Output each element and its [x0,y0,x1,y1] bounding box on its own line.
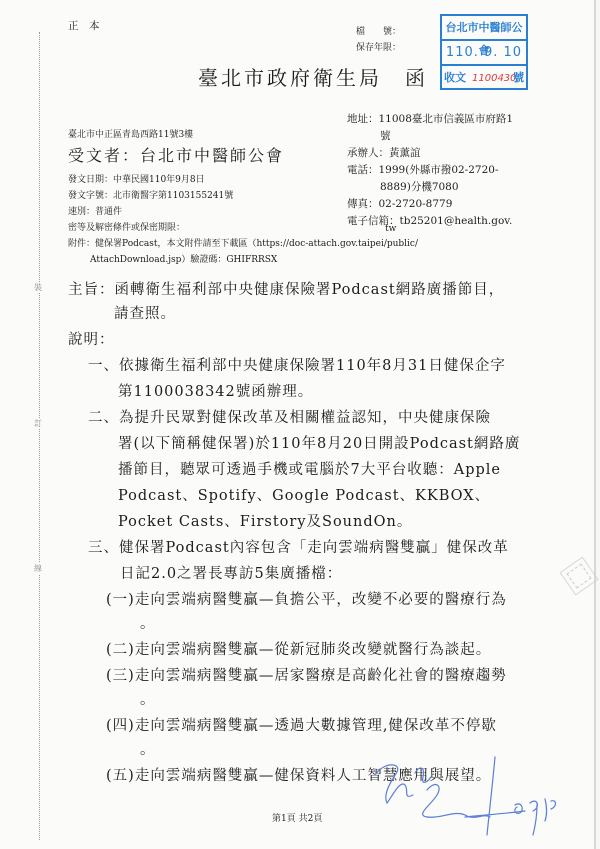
episode-4-period: 。 [140,738,156,759]
phone-cont: 8889)分機7080 [380,179,459,194]
item2-line2: 署(以下簡稱健保署)於110年8月20日開設Podcast網路廣 [118,432,520,453]
item1-line1: 一、依據衛生福利部中央健康保險署110年8月31日健保企字 [88,354,506,375]
fax: 傳真：02-2720-8779 [347,196,452,211]
email: 電子信箱：tb25201@health.gov. [347,213,512,228]
page-info: 第1頁 共2頁 [272,811,322,824]
stamp-org: 台北市中醫師公會 [442,16,526,39]
file-no-label: 檔 號： [356,24,401,37]
episode-3-period: 。 [140,688,156,709]
episode-1: (一)走向雲端病醫雙贏—負擔公平，改變不必要的醫療行為 [106,588,507,609]
urgency: 速別：普通件 [68,204,122,217]
item1-line2: 第1100038342號函辦理。 [118,380,313,401]
episode-4: (四)走向雲端病醫雙贏—透過大數據管理,健保改革不停歇 [106,714,497,735]
office-address: 地址：11008臺北市信義區市府路1 [347,111,513,126]
binding-mark-xian: 線 [34,563,42,574]
stamp-number-row: 收文 1100430 號 [442,64,526,89]
issue-number: 發文字號：北市衛醫字第1103155241號 [68,188,233,201]
stamp-received-number: 1100430 [472,67,517,90]
faint-seal-mark [560,557,599,596]
subject-line2: 請查照。 [114,302,176,323]
binding-mark-ding: 訂 [34,418,42,429]
receipt-stamp: 台北市中醫師公會 110. 9. 10 收文 1100430 號 [440,14,528,90]
stamp-date: 110. 9. 10 [442,39,526,64]
stamp-received-label: 收文 [444,71,466,84]
item2-line4: Podcast、Spotify、Google Podcast、KKBOX、 [118,484,490,505]
document-title: 臺北市政府衛生局 函 [198,62,428,91]
binding-line [39,32,40,840]
item2-line1: 二、為提升民眾對健保改革及相關權益認知，中央健康保險 [88,406,491,427]
email-cont: tw [385,224,396,234]
sender-address: 臺北市中正區青島西路11號3樓 [68,127,193,140]
office-address-cont: 號 [380,128,391,143]
copy-label: 正 本 [68,18,100,33]
receiver: 受文者：台北市中醫師公會 [68,143,284,166]
episode-2: (二)走向雲端病醫雙贏—從新冠肺炎改變就醫行為談起。 [106,638,491,659]
item2-line5: Pocket Casts、Firstory及SoundOn。 [118,510,412,531]
episode-3: (三)走向雲端病醫雙贏—居家醫療是高齡化社會的醫療趨勢 [106,664,507,685]
binding-mark-zhuang: 裝 [34,282,42,293]
confidentiality: 密等及解密條件或保密期限： [68,220,185,233]
stamp-number-suffix: 號 [513,66,524,89]
explanation-label: 說明： [68,328,115,349]
handwritten-signature-icon [365,755,575,845]
retention-label: 保存年限： [356,40,401,53]
item2-line3: 播節目，聽眾可透過手機或電腦於7大平台收聽：Apple [118,458,501,479]
item3-line1: 三、健保署Podcast內容包含「走向雲端病醫雙贏」健保改革 [88,536,509,557]
item3-line2: 日記2.0之署長專訪5集廣播檔： [120,562,342,583]
attachment-line2: AttachDownload.jsp）驗證碼：GHIFRRSX [90,252,277,265]
document-page: 裝 訂 線 正 本 檔 號： 保存年限： 臺北市政府衛生局 函 台北市中醫師公會… [0,0,596,849]
contact-person: 承辦人：黃薰誼 [347,145,421,160]
subject-line1: 主旨：函轉衛生福利部中央健康保險署Podcast網路廣播節目， [68,278,504,299]
attachment-line1: 附件：健保署Podcast，本文附件請至下載區（https://doc-atta… [68,236,418,249]
issue-date: 發文日期：中華民國110年9月8日 [68,172,205,185]
episode-1-period: 。 [140,612,156,633]
phone: 電話：1999(外縣市撥02-2720- [347,162,499,177]
